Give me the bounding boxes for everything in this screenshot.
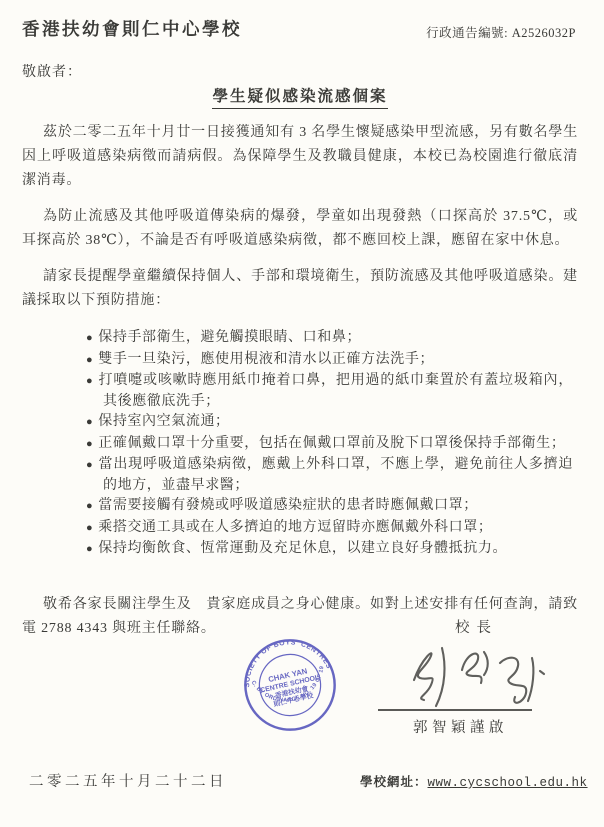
letter-body: 香港扶幼會則仁中心學校 行政通告編號: A2526032P 敬啟者： 學生疑似感… [0, 0, 604, 641]
signature-caption: 郭智穎謹啟 [413, 716, 508, 737]
website-label: 學校網址： [360, 775, 428, 789]
notice-title: 學生疑似感染流感個案 [212, 84, 387, 109]
website-link[interactable]: www.cycschool.edu.hk [428, 776, 588, 790]
precaution-item: 正確佩戴口罩十分重要，包括在佩戴口罩前及脫下口罩後保持手部衛生； [86, 434, 573, 455]
precaution-list: 保持手部衛生，避免觸摸眼睛、口和鼻；雙手一旦染污，應使用梘液和清水以正確方法洗手… [22, 328, 578, 560]
scanned-school-notice: 香港扶幼會則仁中心學校 行政通告編號: A2526032P 敬啟者： 學生疑似感… [0, 0, 604, 827]
principal-signature-handwriting [398, 630, 548, 712]
precaution-item: 乘搭交通工具或在人多擠迫的地方逗留時亦應佩戴外科口罩； [86, 518, 573, 539]
footer-website: 學校網址：www.cycschool.edu.hk [360, 772, 588, 790]
precaution-item: 打噴嚏或咳嗽時應用紙巾掩着口鼻，把用過的紙巾棄置於有蓋垃圾箱內，其後應徹底洗手； [86, 371, 573, 411]
school-name: 香港扶幼會則仁中心學校 [22, 16, 242, 41]
paragraph-hygiene-reminder: 請家長提醒學童繼續保持個人、手部和環境衛生，預防流感及其他呼吸道感染。建議採取以… [22, 265, 578, 313]
salutation: 敬啟者： [22, 61, 578, 81]
precaution-item: 當出現呼吸道感染病徵，應戴上外科口罩，不應上學，避免前往人多擠迫的地方，並盡早求… [86, 455, 573, 495]
paragraph-fever-policy: 為防止流感及其他呼吸道傳染病的爆發，學童如出現發熱（口探高於 37.5℃，或耳探… [22, 205, 578, 253]
signature-underline [378, 709, 532, 711]
precaution-item: 當需要接觸有發燒或呼吸道感染症狀的患者時應佩戴口罩； [86, 496, 573, 517]
school-stamp-seal: SOCIETY OF BOYS' CENTRES INC. BY ORDINAN… [233, 628, 348, 741]
precaution-item: 保持手部衛生，避免觸摸眼睛、口和鼻； [86, 328, 573, 349]
precaution-item: 保持室內空氣流通； [86, 412, 573, 433]
letter-header: 香港扶幼會則仁中心學校 行政通告編號: A2526032P [22, 16, 578, 41]
precaution-item: 保持均衡飲食、恆常運動及充足休息，以建立良好身體抵抗力。 [86, 539, 573, 560]
precaution-item: 雙手一旦染污，應使用梘液和清水以正確方法洗手； [86, 350, 573, 371]
title-row: 學生疑似感染流感個案 [22, 84, 578, 109]
paragraph-infection-report: 茲於二零二五年十月廿一日接獲通知有 3 名學生懷疑感染甲型流感，另有數名學生因上… [22, 121, 578, 193]
notice-number: 行政通告編號: A2526032P [426, 23, 576, 41]
letter-date: 二零二五年十月二十二日 [29, 770, 227, 791]
